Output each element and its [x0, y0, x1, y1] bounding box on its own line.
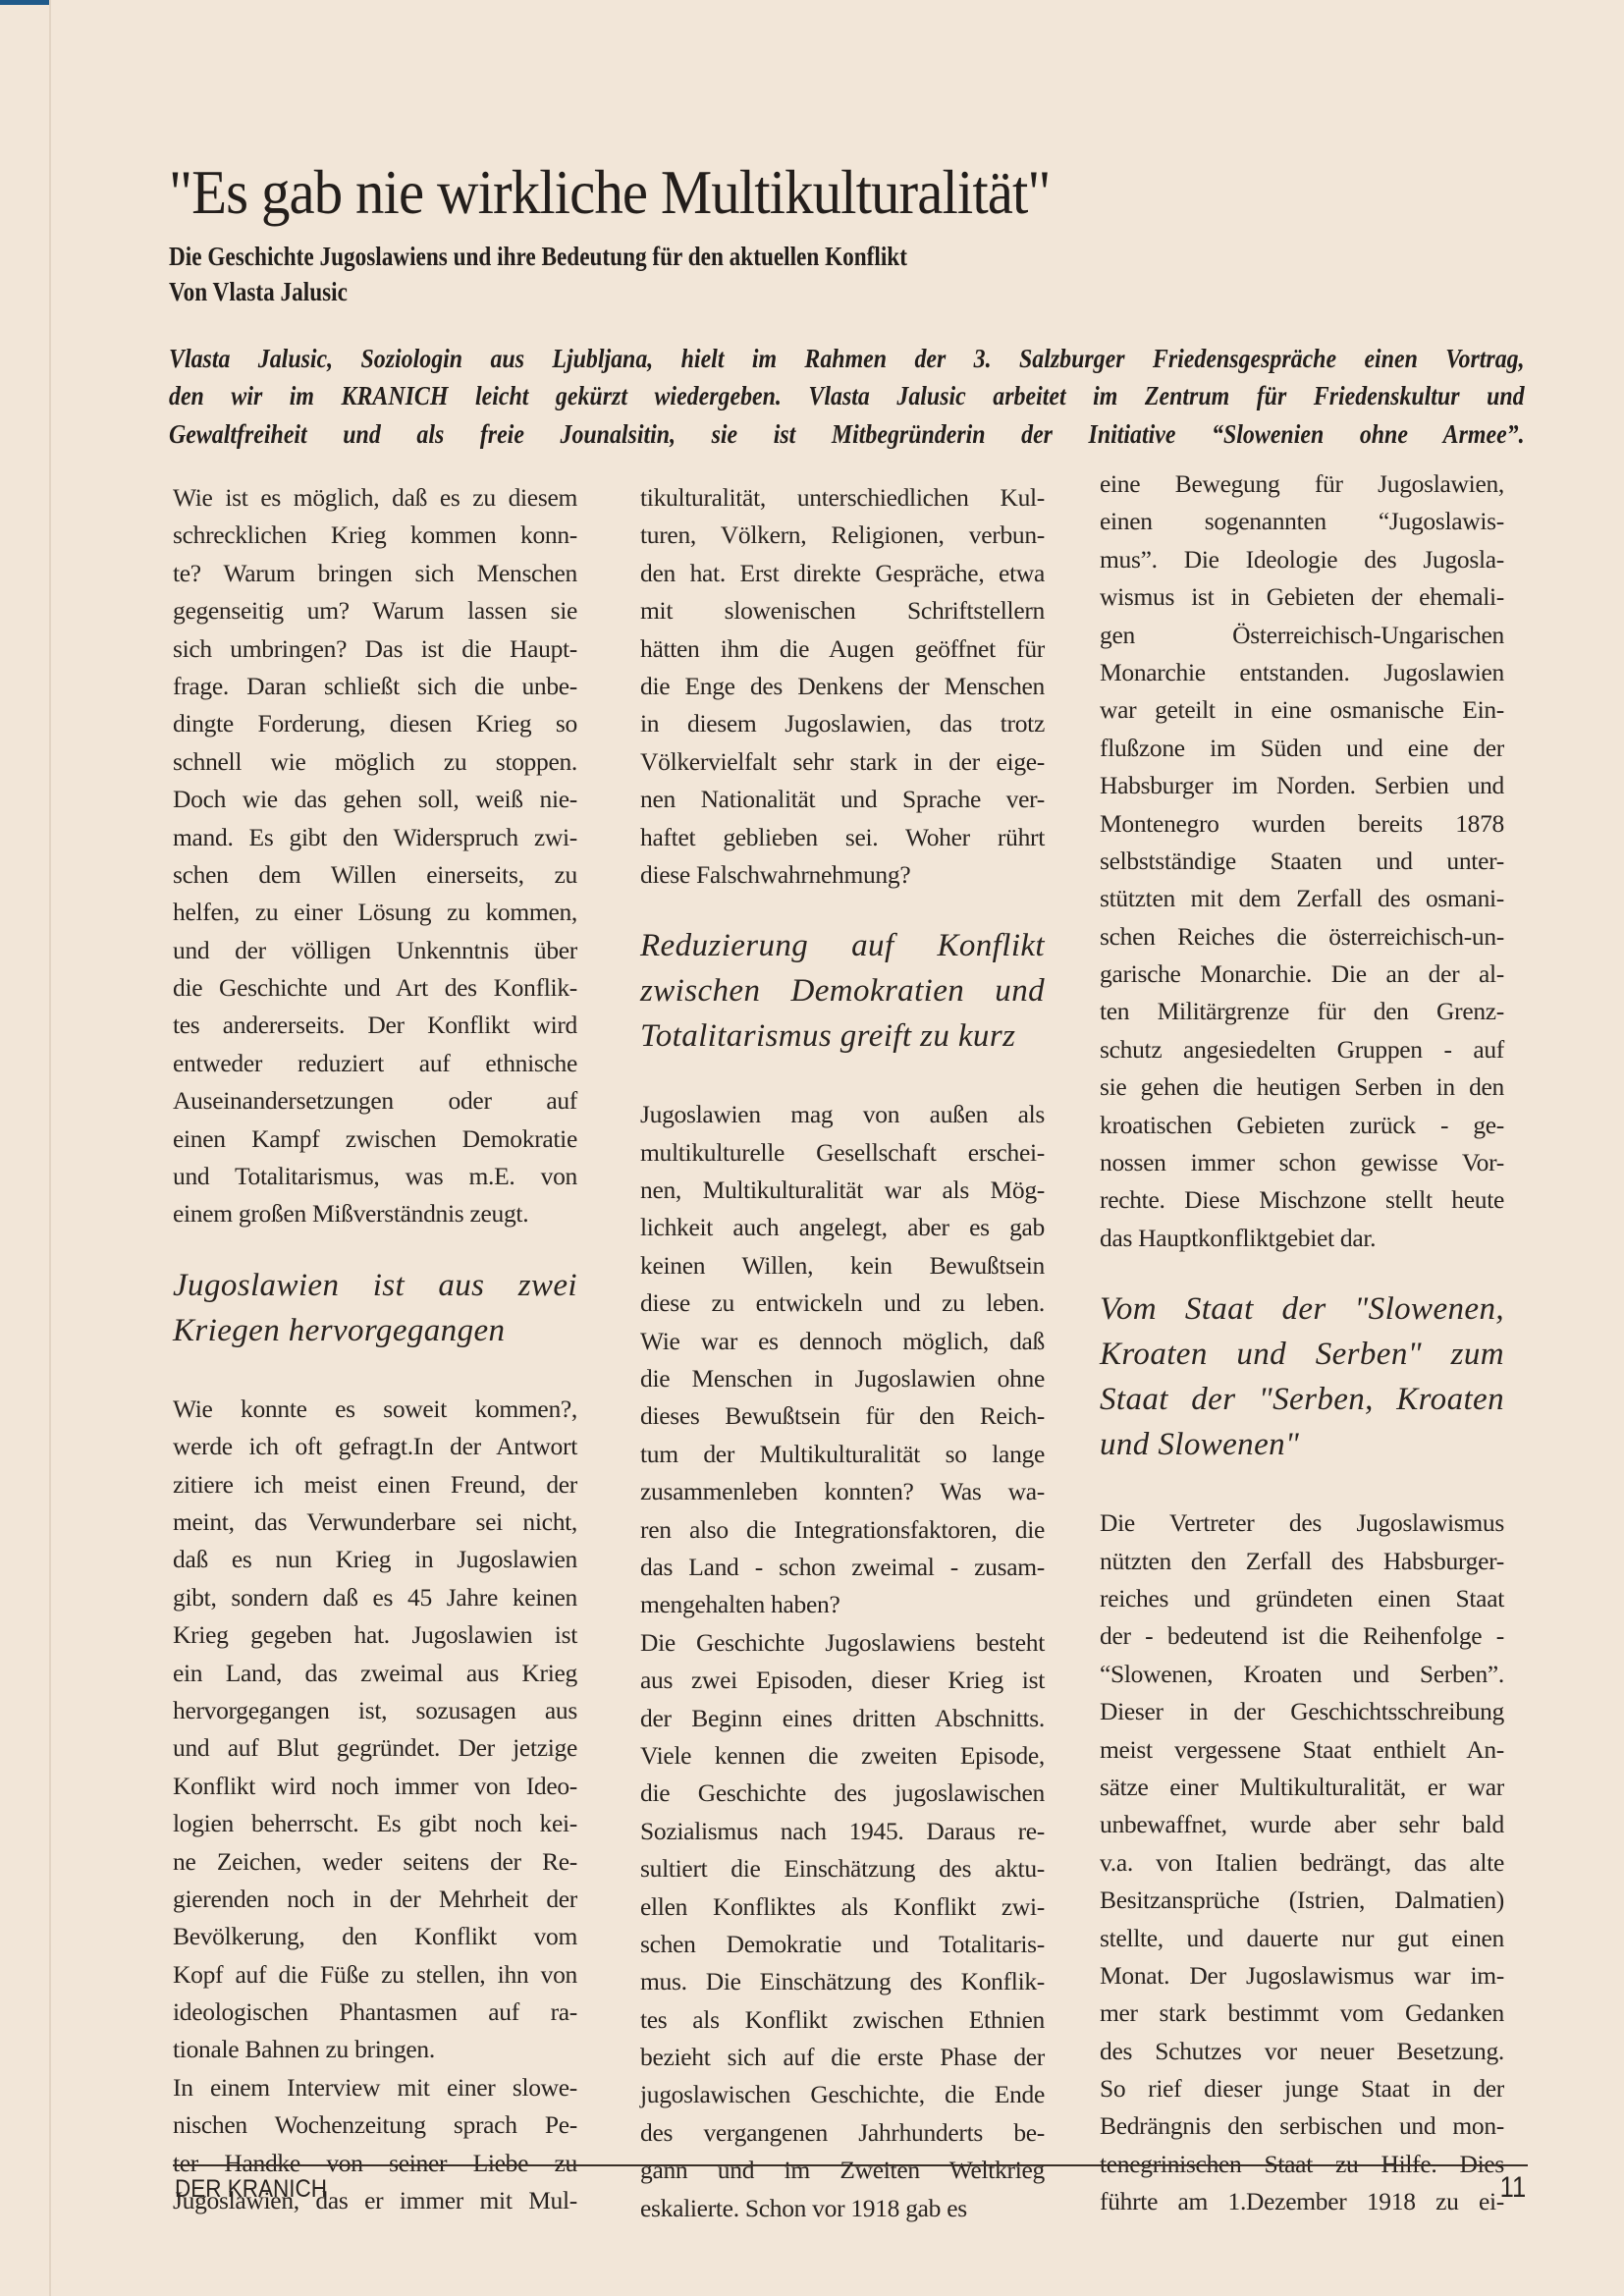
text-line: war geteilt in eine osmanische Ein-: [1100, 691, 1504, 729]
text-line: selbstständige Staaten und unter-: [1100, 843, 1504, 880]
text-line: gen Österreichisch-Ungarischen: [1100, 617, 1504, 654]
text-line: jugoslawischen Geschichte, die Ende: [640, 2076, 1045, 2113]
text-line: des vergangenen Jahrhunderts be-: [640, 2114, 1045, 2152]
scan-corner-mark: [0, 0, 51, 5]
text-line: flußzone im Süden und eine der: [1100, 730, 1504, 767]
text-line: sie gehen die heutigen Serben in den: [1100, 1068, 1504, 1106]
magazine-page: "Es gab nie wirkliche Multikulturalität"…: [0, 0, 1624, 2296]
text-line: gibt, sondern daß es 45 Jahre keinen: [173, 1579, 577, 1616]
text-line: nossen immer schon gewisse Vor-: [1100, 1144, 1504, 1181]
intro-line: Vlasta Jalusic, Soziologin aus Ljubljana…: [169, 340, 1525, 377]
text-line: zusammenleben konnten? Was wa-: [640, 1473, 1045, 1510]
text-line: Konflikt wird noch immer von Ideo-: [173, 1768, 577, 1805]
text-line: ten Militärgrenze für den Grenz-: [1100, 993, 1504, 1030]
text-column-3: eine Bewegung für Jugoslawien,einen soge…: [1100, 465, 1504, 2221]
text-line: Bedrängnis den serbischen und mon-: [1100, 2107, 1504, 2145]
text-line: Totalitarismus greift zu kurz: [640, 1013, 1045, 1059]
text-line: bezieht sich auf die erste Phase der: [640, 2039, 1045, 2076]
text-line: Reduzierung auf Konflikt: [640, 923, 1045, 968]
text-line: die Enge des Denkens der Menschen: [640, 668, 1045, 705]
text-line: tes andererseits. Der Konflikt wird: [173, 1007, 577, 1044]
page-number: 11: [1500, 2172, 1526, 2204]
text-line: Kopf auf die Füße zu stellen, ihn von: [173, 1956, 577, 1994]
text-line: mand. Es gibt den Widerspruch zwi-: [173, 819, 577, 856]
text-line: ellen Konfliktes als Konflikt zwi-: [640, 1888, 1045, 1926]
text-line: nen, Multikulturalität war als Mög-: [640, 1172, 1045, 1209]
text-line: hätten ihm die Augen geöffnet für: [640, 630, 1045, 668]
text-line: dieses Bewußtsein für den Reich-: [640, 1397, 1045, 1435]
text-line: multikulturelle Gesellschaft erschei-: [640, 1134, 1045, 1172]
text-line: hervorgegangen ist, sozusagen aus: [173, 1692, 577, 1729]
text-line: der - bedeutend ist die Reihenfolge -: [1100, 1617, 1504, 1655]
text-column-2: tikulturalität, unterschiedlichen Kul-tu…: [640, 479, 1045, 2227]
text-line: stützten mit dem Zerfall des osmani-: [1100, 880, 1504, 917]
text-line: Die Vertreter des Jugoslawismus: [1100, 1504, 1504, 1542]
text-line: keinen Willen, kein Bewußtsein: [640, 1247, 1045, 1285]
article-title: "Es gab nie wirkliche Multikulturalität": [169, 155, 1051, 230]
paragraph: Die Vertreter des Jugoslawismusnützten d…: [1100, 1504, 1504, 2220]
text-line: entweder reduziert auf ethnische: [173, 1045, 577, 1082]
text-line: In einem Interview mit einer slowe-: [173, 2069, 577, 2106]
text-line: schen Reiches die österreichisch-un-: [1100, 918, 1504, 956]
text-line: helfen, zu einer Lösung zu kommen,: [173, 894, 577, 931]
text-line: schrecklichen Krieg kommen konn-: [173, 517, 577, 554]
section-heading: Reduzierung auf Konfliktzwischen Demokra…: [640, 923, 1045, 1059]
text-line: der Beginn eines dritten Abschnitts.: [640, 1700, 1045, 1737]
text-line: wismus ist in Gebieten der ehemali-: [1100, 578, 1504, 616]
text-line: meint, das Verwunderbare sei nicht,: [173, 1503, 577, 1541]
paragraph: Jugoslawien mag von außen alsmultikultur…: [640, 1096, 1045, 1623]
text-line: Doch wie das gehen soll, weiß nie-: [173, 781, 577, 818]
text-line: einen sogenannten “Jugoslawis-: [1100, 503, 1504, 540]
text-line: Die Geschichte Jugoslawiens besteht: [640, 1624, 1045, 1662]
text-line: Krieg gegeben hat. Jugoslawien ist: [173, 1616, 577, 1654]
text-line: unbewaffnet, wurde aber sehr bald: [1100, 1806, 1504, 1843]
text-line: und Totalitarismus, was m.E. von: [173, 1158, 577, 1195]
text-line: garische Monarchie. Die an der al-: [1100, 956, 1504, 993]
text-line: gierenden noch in der Mehrheit der: [173, 1881, 577, 1918]
text-line: Wie war es dennoch möglich, daß: [640, 1323, 1045, 1360]
text-column-1: Wie ist es möglich, daß es zu diesemschr…: [173, 479, 577, 2219]
text-line: Jugoslawien mag von außen als: [640, 1096, 1045, 1133]
text-line: v.a. von Italien bedrängt, das alte: [1100, 1844, 1504, 1882]
text-line: und der völligen Unkenntnis über: [173, 932, 577, 969]
text-line: mit slowenischen Schriftstellern: [640, 592, 1045, 629]
section-heading: Vom Staat der "Slowenen,Kroaten und Serb…: [1100, 1286, 1504, 1467]
page-fold-edge: [49, 0, 51, 2296]
text-line: Vom Staat der "Slowenen,: [1100, 1286, 1504, 1332]
text-line: die Geschichte des jugoslawischen: [640, 1775, 1045, 1812]
text-line: schutz angesiedelten Gruppen - auf: [1100, 1031, 1504, 1068]
paragraph: Die Geschichte Jugoslawiens bestehtaus z…: [640, 1624, 1045, 2227]
text-line: Sozialismus nach 1945. Daraus re-: [640, 1813, 1045, 1850]
text-line: Monat. Der Jugoslawismus war im-: [1100, 1957, 1504, 1995]
text-line: Kriegen hervorgegangen: [173, 1308, 577, 1353]
text-line: sultiert die Einschätzung des aktu-: [640, 1850, 1045, 1887]
text-line: nen Nationalität und Sprache ver-: [640, 781, 1045, 818]
text-line: rechte. Diese Mischzone stellt heute: [1100, 1181, 1504, 1219]
text-line: mus”. Die Ideologie des Jugosla-: [1100, 541, 1504, 578]
text-line: ren also die Integrationsfaktoren, die: [640, 1511, 1045, 1549]
text-line: Bevölkerung, den Konflikt vom: [173, 1918, 577, 1955]
text-line: werde ich oft gefragt.In der Antwort: [173, 1428, 577, 1465]
text-line: in diesem Jugoslawien, das trotz: [640, 705, 1045, 742]
text-line: tum der Multikulturalität so lange: [640, 1436, 1045, 1473]
text-line: diese Falschwahrnehmung?: [640, 856, 1045, 894]
intro-line: Gewaltfreiheit und als freie Jounalsitin…: [169, 415, 1525, 453]
text-line: nischen Wochenzeitung sprach Pe-: [173, 2106, 577, 2144]
text-line: logien beherrscht. Es gibt noch kei-: [173, 1805, 577, 1842]
text-line: das Hauptkonfliktgebiet dar.: [1100, 1220, 1504, 1257]
paragraph: eine Bewegung für Jugoslawien,einen soge…: [1100, 465, 1504, 1257]
text-line: dingte Forderung, diesen Krieg so: [173, 705, 577, 742]
text-line: ne Zeichen, weder seitens der Re-: [173, 1843, 577, 1881]
text-line: Habsburger im Norden. Serbien und: [1100, 767, 1504, 804]
text-line: Völkervielfalt sehr stark in der eige-: [640, 743, 1045, 781]
text-line: mengehalten haben?: [640, 1586, 1045, 1623]
text-line: Viele kennen die zweiten Episode,: [640, 1737, 1045, 1775]
intro-line: den wir im KRANICH leicht gekürzt wieder…: [169, 377, 1525, 414]
article-intro: Vlasta Jalusic, Soziologin aus Ljubljana…: [169, 340, 1525, 453]
text-line: einen Kampf zwischen Demokratie: [173, 1121, 577, 1158]
text-line: kroatischen Gebieten zurück - ge-: [1100, 1107, 1504, 1144]
text-line: frage. Daran schließt sich die unbe-: [173, 668, 577, 705]
text-line: tes als Konflikt zwischen Ethnien: [640, 2001, 1045, 2039]
text-line: schnell wie möglich zu stoppen.: [173, 743, 577, 781]
article-subtitle: Die Geschichte Jugoslawiens und ihre Bed…: [169, 238, 907, 275]
text-line: “Slowenen, Kroaten und Serben”.: [1100, 1656, 1504, 1693]
text-line: Dieser in der Geschichtsschreibung: [1100, 1693, 1504, 1730]
text-line: tionale Bahnen zu bringen.: [173, 2031, 577, 2068]
text-line: Monarchie entstanden. Jugoslawien: [1100, 654, 1504, 691]
text-line: te? Warum bringen sich Menschen: [173, 555, 577, 592]
publication-name: DER KRANICH: [175, 2174, 327, 2204]
text-line: aus zwei Episoden, dieser Krieg ist: [640, 1662, 1045, 1699]
text-line: das Land - schon zweimal - zusam-: [640, 1549, 1045, 1586]
text-line: mer stark bestimmt vom Gedanken: [1100, 1995, 1504, 2032]
text-line: eskalierte. Schon vor 1918 gab es: [640, 2190, 1045, 2227]
text-line: Staat der "Serben, Kroaten: [1100, 1377, 1504, 1422]
text-line: zitiere ich meist einen Freund, der: [173, 1466, 577, 1503]
text-line: meist vergessene Staat enthielt An-: [1100, 1731, 1504, 1769]
text-line: gegenseitig um? Warum lassen sie: [173, 592, 577, 629]
text-line: schen dem Willen einerseits, zu: [173, 856, 577, 894]
text-line: die Menschen in Jugoslawien ohne: [640, 1360, 1045, 1397]
text-line: die Geschichte und Art des Konflik-: [173, 969, 577, 1007]
text-line: tikulturalität, unterschiedlichen Kul-: [640, 479, 1045, 517]
text-line: Wie ist es möglich, daß es zu diesem: [173, 479, 577, 517]
text-line: mus. Die Einschätzung des Konflik-: [640, 1963, 1045, 2000]
text-line: So rief dieser junge Staat in der: [1100, 2070, 1504, 2107]
text-line: Kroaten und Serben" zum: [1100, 1332, 1504, 1377]
text-line: einem großen Mißverständnis zeugt.: [173, 1195, 577, 1232]
text-line: des Schutzes vor neuer Besetzung.: [1100, 2033, 1504, 2070]
text-line: zwischen Demokratien und: [640, 968, 1045, 1013]
article-byline: Von Vlasta Jalusic: [169, 273, 348, 310]
text-line: daß es nun Krieg in Jugoslawien: [173, 1541, 577, 1578]
text-line: ideologischen Phantasmen auf ra-: [173, 1994, 577, 2031]
text-line: Besitzansprüche (Istrien, Dalmatien): [1100, 1882, 1504, 1919]
text-line: lichkeit auch angelegt, aber es gab: [640, 1209, 1045, 1246]
text-line: und auf Blut gegründet. Der jetzige: [173, 1729, 577, 1767]
text-line: sich umbringen? Das ist die Haupt-: [173, 630, 577, 668]
text-line: den hat. Erst direkte Gespräche, etwa: [640, 555, 1045, 592]
footer-divider: [173, 2164, 1528, 2166]
text-line: haftet geblieben sei. Woher rührt: [640, 819, 1045, 856]
section-heading: Jugoslawien ist aus zweiKriegen hervorge…: [173, 1263, 577, 1353]
paragraph: Wie ist es möglich, daß es zu diesemschr…: [173, 479, 577, 1233]
text-line: reiches und gründeten einen Staat: [1100, 1580, 1504, 1617]
text-line: und Slowenen": [1100, 1422, 1504, 1467]
text-line: eine Bewegung für Jugoslawien,: [1100, 465, 1504, 503]
paragraph: Wie konnte es soweit kommen?,werde ich o…: [173, 1391, 577, 2069]
text-line: turen, Völkern, Religionen, verbun-: [640, 517, 1045, 554]
text-line: Montenegro wurden bereits 1878: [1100, 805, 1504, 843]
text-line: schen Demokratie und Totalitaris-: [640, 1926, 1045, 1963]
text-line: stellte, und dauerte nur gut einen: [1100, 1920, 1504, 1957]
text-line: ein Land, das zweimal aus Krieg: [173, 1655, 577, 1692]
text-line: Jugoslawien ist aus zwei: [173, 1263, 577, 1308]
text-line: gann und im Zweiten Weltkrieg: [640, 2152, 1045, 2189]
text-line: sätze einer Multikulturalität, er war: [1100, 1769, 1504, 1806]
text-line: nützten den Zerfall des Habsburger-: [1100, 1543, 1504, 1580]
paragraph: tikulturalität, unterschiedlichen Kul-tu…: [640, 479, 1045, 894]
text-line: Auseinandersetzungen oder auf: [173, 1082, 577, 1120]
text-line: führte am 1.Dezember 1918 zu ei-: [1100, 2183, 1504, 2220]
text-line: Wie konnte es soweit kommen?,: [173, 1391, 577, 1428]
text-line: diese zu entwickeln und zu leben.: [640, 1285, 1045, 1322]
